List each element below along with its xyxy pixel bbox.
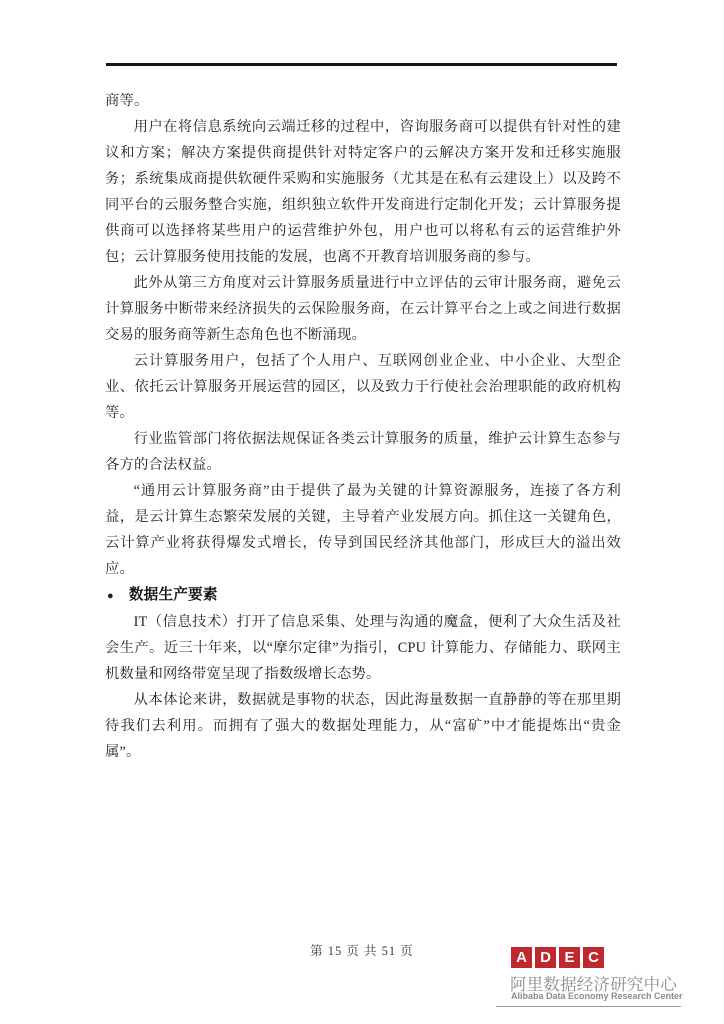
logo-letter-a: A	[511, 947, 532, 968]
paragraph-third-party: 此外从第三方角度对云计算服务质量进行中立评估的云审计服务商，避免云计算服务中断带…	[105, 270, 621, 348]
paragraph-cloud-migration: 用户在将信息系统向云端迁移的过程中，咨询服务商可以提供有针对性的建议和方案；解决…	[105, 114, 621, 270]
bullet-heading: ● 数据生产要素	[105, 582, 621, 609]
logo-letter-c: C	[583, 947, 604, 968]
paragraph-regulators: 行业监管部门将依据法规保证各类云计算服务的质量，维护云计算生态参与各方的合法权益…	[105, 426, 621, 478]
paragraph-general-cloud-provider: “通用云计算服务商”由于提供了最为关键的计算资源服务，连接了各方利益，是云计算生…	[105, 478, 621, 582]
logo-divider-rule	[496, 1006, 681, 1007]
paragraph-cloud-users: 云计算服务用户，包括了个人用户、互联网创业企业、中小企业、大型企业、依托云计算服…	[105, 348, 621, 426]
bullet-heading-title: 数据生产要素	[129, 582, 218, 608]
adec-logo-letters: A D E C	[511, 947, 604, 968]
logo-letter-d: D	[535, 947, 556, 968]
bullet-icon: ●	[107, 583, 114, 609]
document-page: 商等。 用户在将信息系统向云端迁移的过程中，咨询服务商可以提供有针对性的建议和方…	[0, 0, 724, 1024]
paragraph-continuation: 商等。	[105, 88, 621, 114]
paragraph-ontology-data: 从本体论来讲，数据就是事物的状态，因此海量数据一直静静的等在那里期待我们去利用。…	[105, 687, 621, 765]
logo-name-english: Alibaba Data Economy Research Center	[511, 991, 701, 1001]
document-body: 商等。 用户在将信息系统向云端迁移的过程中，咨询服务商可以提供有针对性的建议和方…	[105, 88, 621, 765]
page-number: 第 15 页 共 51 页	[0, 941, 724, 959]
paragraph-it-growth: IT（信息技术）打开了信息采集、处理与沟通的魔盒，便利了大众生活及社会生产。近三…	[105, 609, 621, 687]
logo-letter-e: E	[559, 947, 580, 968]
header-rule	[106, 63, 617, 66]
